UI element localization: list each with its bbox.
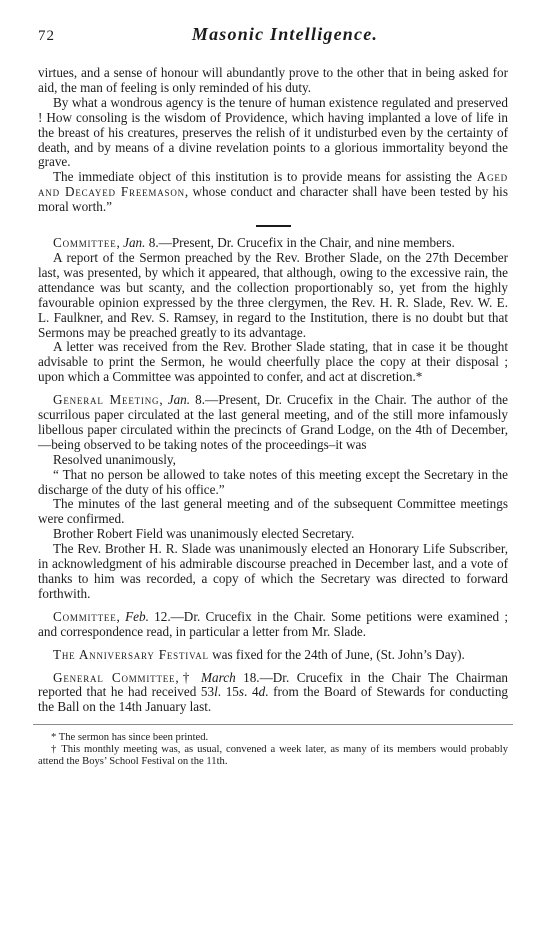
text-run: . 15 — [218, 684, 239, 699]
scanned-book-page: 72 Masonic Intelligence. virtues, and a … — [0, 0, 540, 931]
page-body: virtues, and a sense of honour will abun… — [38, 66, 508, 768]
footnote-paragraph: † This monthly meeting was, as usual, co… — [38, 744, 508, 768]
text-run: , — [159, 392, 167, 407]
text-run: The Rev. Brother H. R. Slade was unanimo… — [38, 541, 508, 601]
section-divider-rule — [256, 225, 291, 227]
body-paragraph: Committee, Feb. 12.—Dr. Crucefix in the … — [38, 610, 508, 640]
body-paragraph: Committee, Jan. 8.—Present, Dr. Crucefix… — [38, 236, 508, 251]
text-run: was fixed for the 24th of June, (St. Joh… — [209, 647, 465, 662]
text-run: By what a wondrous agency is the tenure … — [38, 95, 508, 170]
body-paragraph: “ That no person be allowed to take note… — [38, 468, 508, 498]
text-run: The minutes of the last general meeting … — [38, 496, 508, 526]
body-paragraph: A report of the Sermon preached by the R… — [38, 251, 508, 340]
text-run: , — [117, 609, 126, 624]
text-run: virtues, and a sense of honour will abun… — [38, 65, 508, 95]
body-paragraph: The Anniversary Festival was fixed for t… — [38, 648, 508, 663]
footnote-separator-rule — [33, 724, 513, 725]
text-run: General Committee — [53, 670, 175, 685]
text-run: . 4 — [244, 684, 259, 699]
text-run: Committee — [53, 609, 117, 624]
text-run: Brother Robert Field was unanimously ele… — [53, 526, 354, 541]
text-run: A report of the Sermon preached by the R… — [38, 250, 508, 340]
text-run: The Anniversary Festival — [53, 647, 209, 662]
text-run: 8.—Present, Dr. Crucefix in the Chair, a… — [145, 235, 454, 250]
page-number: 72 — [38, 28, 55, 45]
text-run: Feb. — [125, 609, 149, 624]
text-run: Jan. — [123, 235, 145, 250]
body-paragraph: The Rev. Brother H. R. Slade was unanimo… — [38, 542, 508, 602]
text-run: Committee — [53, 235, 117, 250]
text-run: A letter was received from the Rev. Brot… — [38, 339, 508, 384]
footnote-paragraph: * The sermon has since been printed. — [38, 732, 508, 744]
text-run: March — [201, 670, 236, 685]
body-paragraph: The immediate object of this institution… — [38, 170, 508, 215]
body-paragraph: virtues, and a sense of honour will abun… — [38, 66, 508, 96]
text-run: Resolved unanimously, — [53, 452, 176, 467]
body-paragraph: The minutes of the last general meeting … — [38, 497, 508, 527]
body-paragraph: A letter was received from the Rev. Brot… — [38, 340, 508, 385]
body-paragraph: Resolved unanimously, — [38, 453, 508, 468]
text-run: General Meeting — [53, 392, 159, 407]
text-run: * The sermon has since been printed. — [51, 732, 208, 743]
text-run: Jan. — [168, 392, 190, 407]
text-run: ,† — [175, 670, 201, 685]
text-run: “ That no person be allowed to take note… — [38, 467, 508, 497]
body-paragraph: General Meeting, Jan. 8.—Present, Dr. Cr… — [38, 393, 508, 453]
body-paragraph: General Committee,† March 18.—Dr. Crucef… — [38, 671, 508, 716]
text-run: † This monthly meeting was, as usual, co… — [38, 744, 508, 767]
text-run: The immediate object of this institution… — [53, 169, 477, 184]
page-header: 72 Masonic Intelligence. — [38, 24, 508, 45]
body-paragraph: By what a wondrous agency is the tenure … — [38, 96, 508, 171]
page-title: Masonic Intelligence. — [192, 24, 378, 45]
body-paragraph: Brother Robert Field was unanimously ele… — [38, 527, 508, 542]
